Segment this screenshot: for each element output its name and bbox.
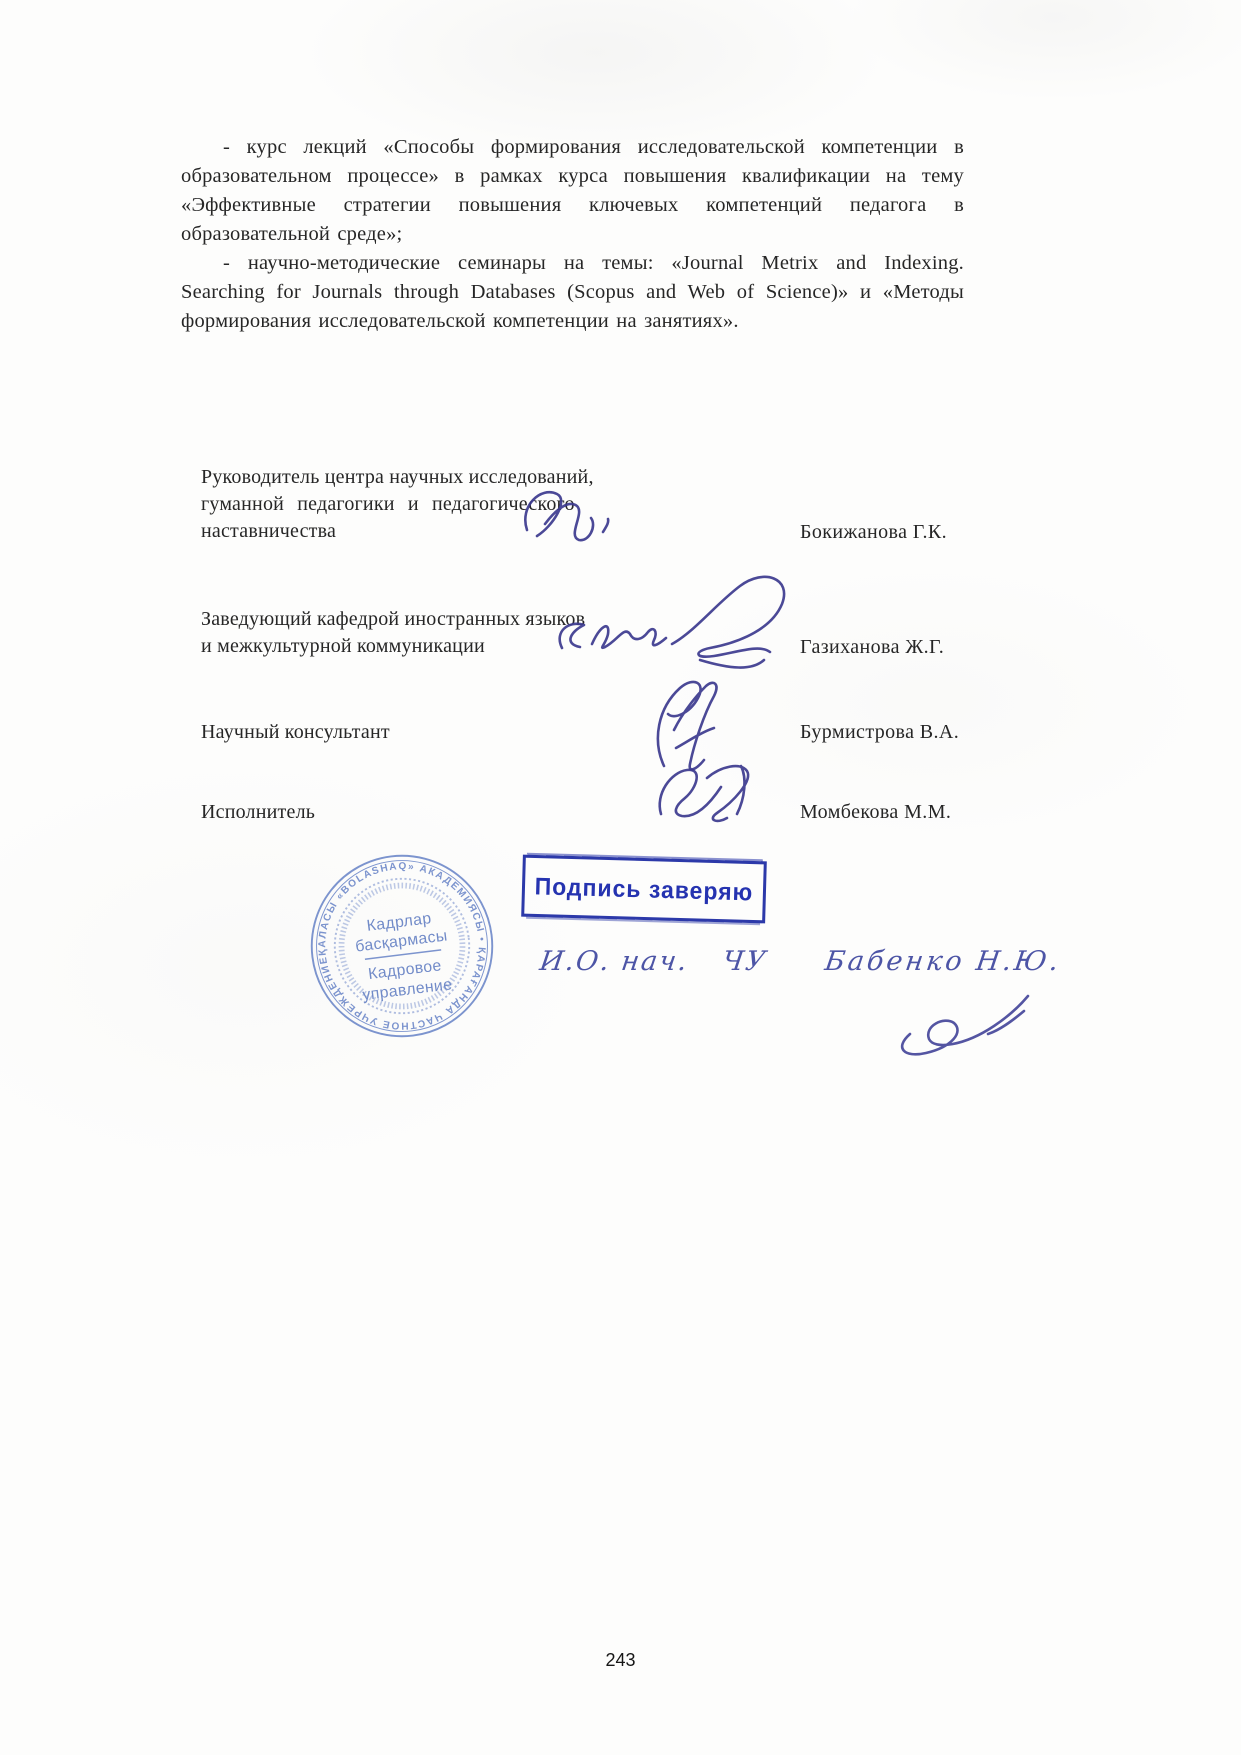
stamp-label: Подпись заверяю [534, 872, 753, 906]
name-bokizhanova: Бокижанова Г.К. [800, 519, 947, 546]
document-page: - курс лекций «Способы формирования иссл… [0, 0, 1241, 1755]
handwritten-note: И.О. нач.ЧУБабенко Н.Ю. [538, 946, 1102, 977]
role-line: наставничества [201, 518, 661, 545]
body-text: - курс лекций «Способы формирования иссл… [181, 133, 964, 336]
role-line: Заведующий кафедрой иностранных языков [201, 606, 661, 633]
name-burmistrova: Бурмистрова В.А. [800, 719, 959, 746]
signature-mombekova [645, 752, 763, 840]
name-gazikhanova: Газиханова Ж.Г. [800, 634, 944, 661]
hr-round-stamp: ҚАЛАСЫ «BOLASHAQ» АКАДЕМИЯСЫ • ҚАРАҒАНДА… [295, 839, 509, 1053]
signature-certified-stamp: Подпись заверяю [521, 855, 767, 924]
role-line: и межкультурной коммуникации [201, 633, 661, 660]
signature-babenko [880, 990, 1040, 1062]
handwritten-org: ЧУ [721, 946, 770, 977]
role-line: Научный консультант [201, 719, 661, 746]
role-scientific-consultant: Научный консультант [201, 719, 661, 746]
role-line: гуманной педагогики и педагогического [201, 491, 661, 518]
name-mombekova: Момбекова М.М. [800, 799, 951, 826]
paragraph-lectures: - курс лекций «Способы формирования иссл… [181, 133, 964, 249]
role-line: Руководитель центра научных исследований… [201, 464, 661, 491]
role-executor: Исполнитель [201, 799, 661, 826]
role-head-of-research-center: Руководитель центра научных исследований… [201, 464, 661, 545]
handwritten-position: И.О. нач. [538, 946, 691, 977]
page-number: 243 [0, 1650, 1241, 1671]
role-head-of-foreign-languages: Заведующий кафедрой иностранных языков и… [201, 606, 661, 660]
handwritten-name-babenko: Бабенко Н.Ю. [823, 946, 1063, 977]
paragraph-seminars: - научно-методические семинары на темы: … [181, 249, 964, 336]
role-line: Исполнитель [201, 799, 661, 826]
